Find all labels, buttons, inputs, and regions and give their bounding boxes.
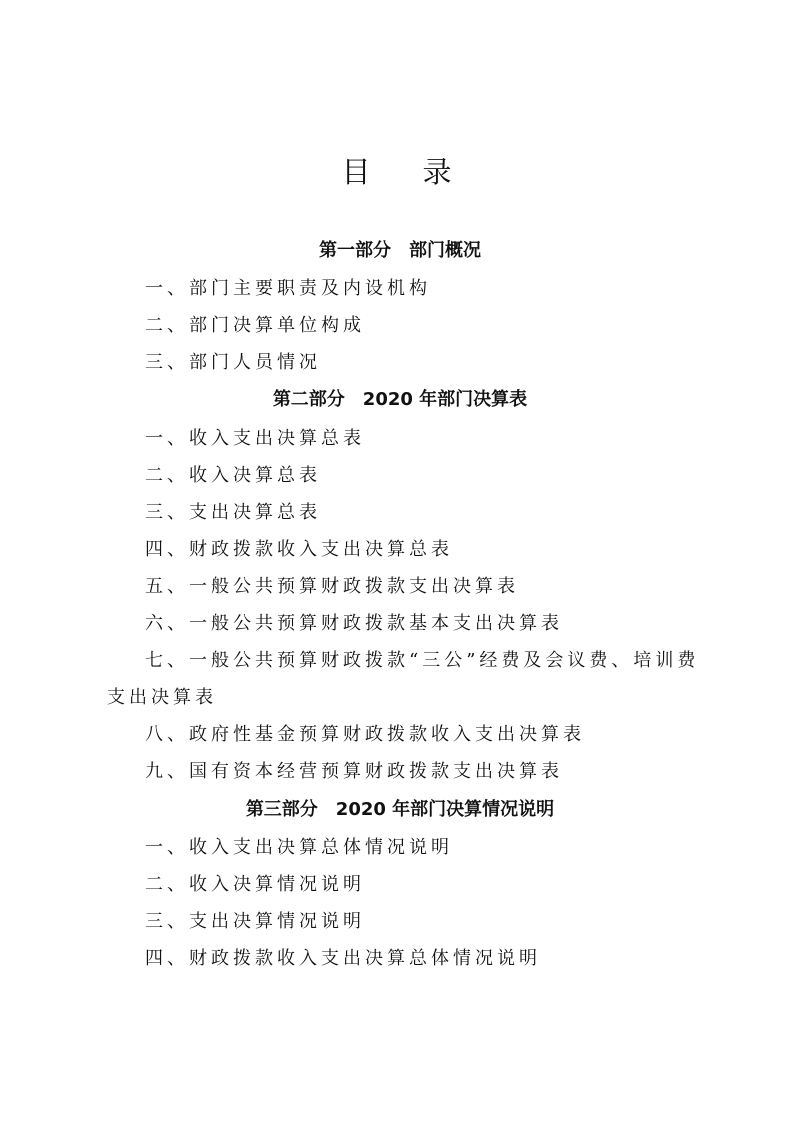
part-1-heading: 第一部分 部门概况: [0, 236, 793, 262]
part-3-heading: 第三部分 2020 年部门决算情况说明: [0, 795, 793, 821]
toc-item[interactable]: 三、支出决算情况说明: [145, 907, 365, 933]
toc-item[interactable]: 七、一般公共预算财政拨款“三公”经费及会议费、培训费: [145, 646, 699, 672]
toc-item[interactable]: 二、部门决算单位构成: [145, 311, 365, 337]
toc-item[interactable]: 八、政府性基金预算财政拨款收入支出决算表: [145, 720, 585, 746]
toc-item[interactable]: 一、收入支出决算总表: [145, 424, 365, 450]
toc-item[interactable]: 九、国有资本经营预算财政拨款支出决算表: [145, 757, 563, 783]
toc-item[interactable]: 五、一般公共预算财政拨款支出决算表: [145, 572, 519, 598]
title-char-2: 录: [423, 155, 504, 189]
toc-item[interactable]: 二、收入决算总表: [145, 461, 321, 487]
toc-item[interactable]: 四、财政拨款收入支出决算总表: [145, 535, 453, 561]
toc-item-continuation[interactable]: 支出决算表: [107, 683, 217, 709]
toc-item[interactable]: 二、收入决算情况说明: [145, 870, 365, 896]
toc-item[interactable]: 四、财政拨款收入支出决算总体情况说明: [145, 944, 541, 970]
toc-item[interactable]: 一、收入支出决算总体情况说明: [145, 833, 453, 859]
toc-item[interactable]: 三、部门人员情况: [145, 348, 321, 374]
part-2-heading: 第二部分 2020 年部门决算表: [0, 385, 793, 411]
title-char-1: 目: [341, 155, 422, 189]
toc-item[interactable]: 一、部门主要职责及内设机构: [145, 274, 431, 300]
page-title: 目录: [0, 150, 793, 191]
toc-item[interactable]: 三、支出决算总表: [145, 498, 321, 524]
toc-item[interactable]: 六、一般公共预算财政拨款基本支出决算表: [145, 609, 563, 635]
